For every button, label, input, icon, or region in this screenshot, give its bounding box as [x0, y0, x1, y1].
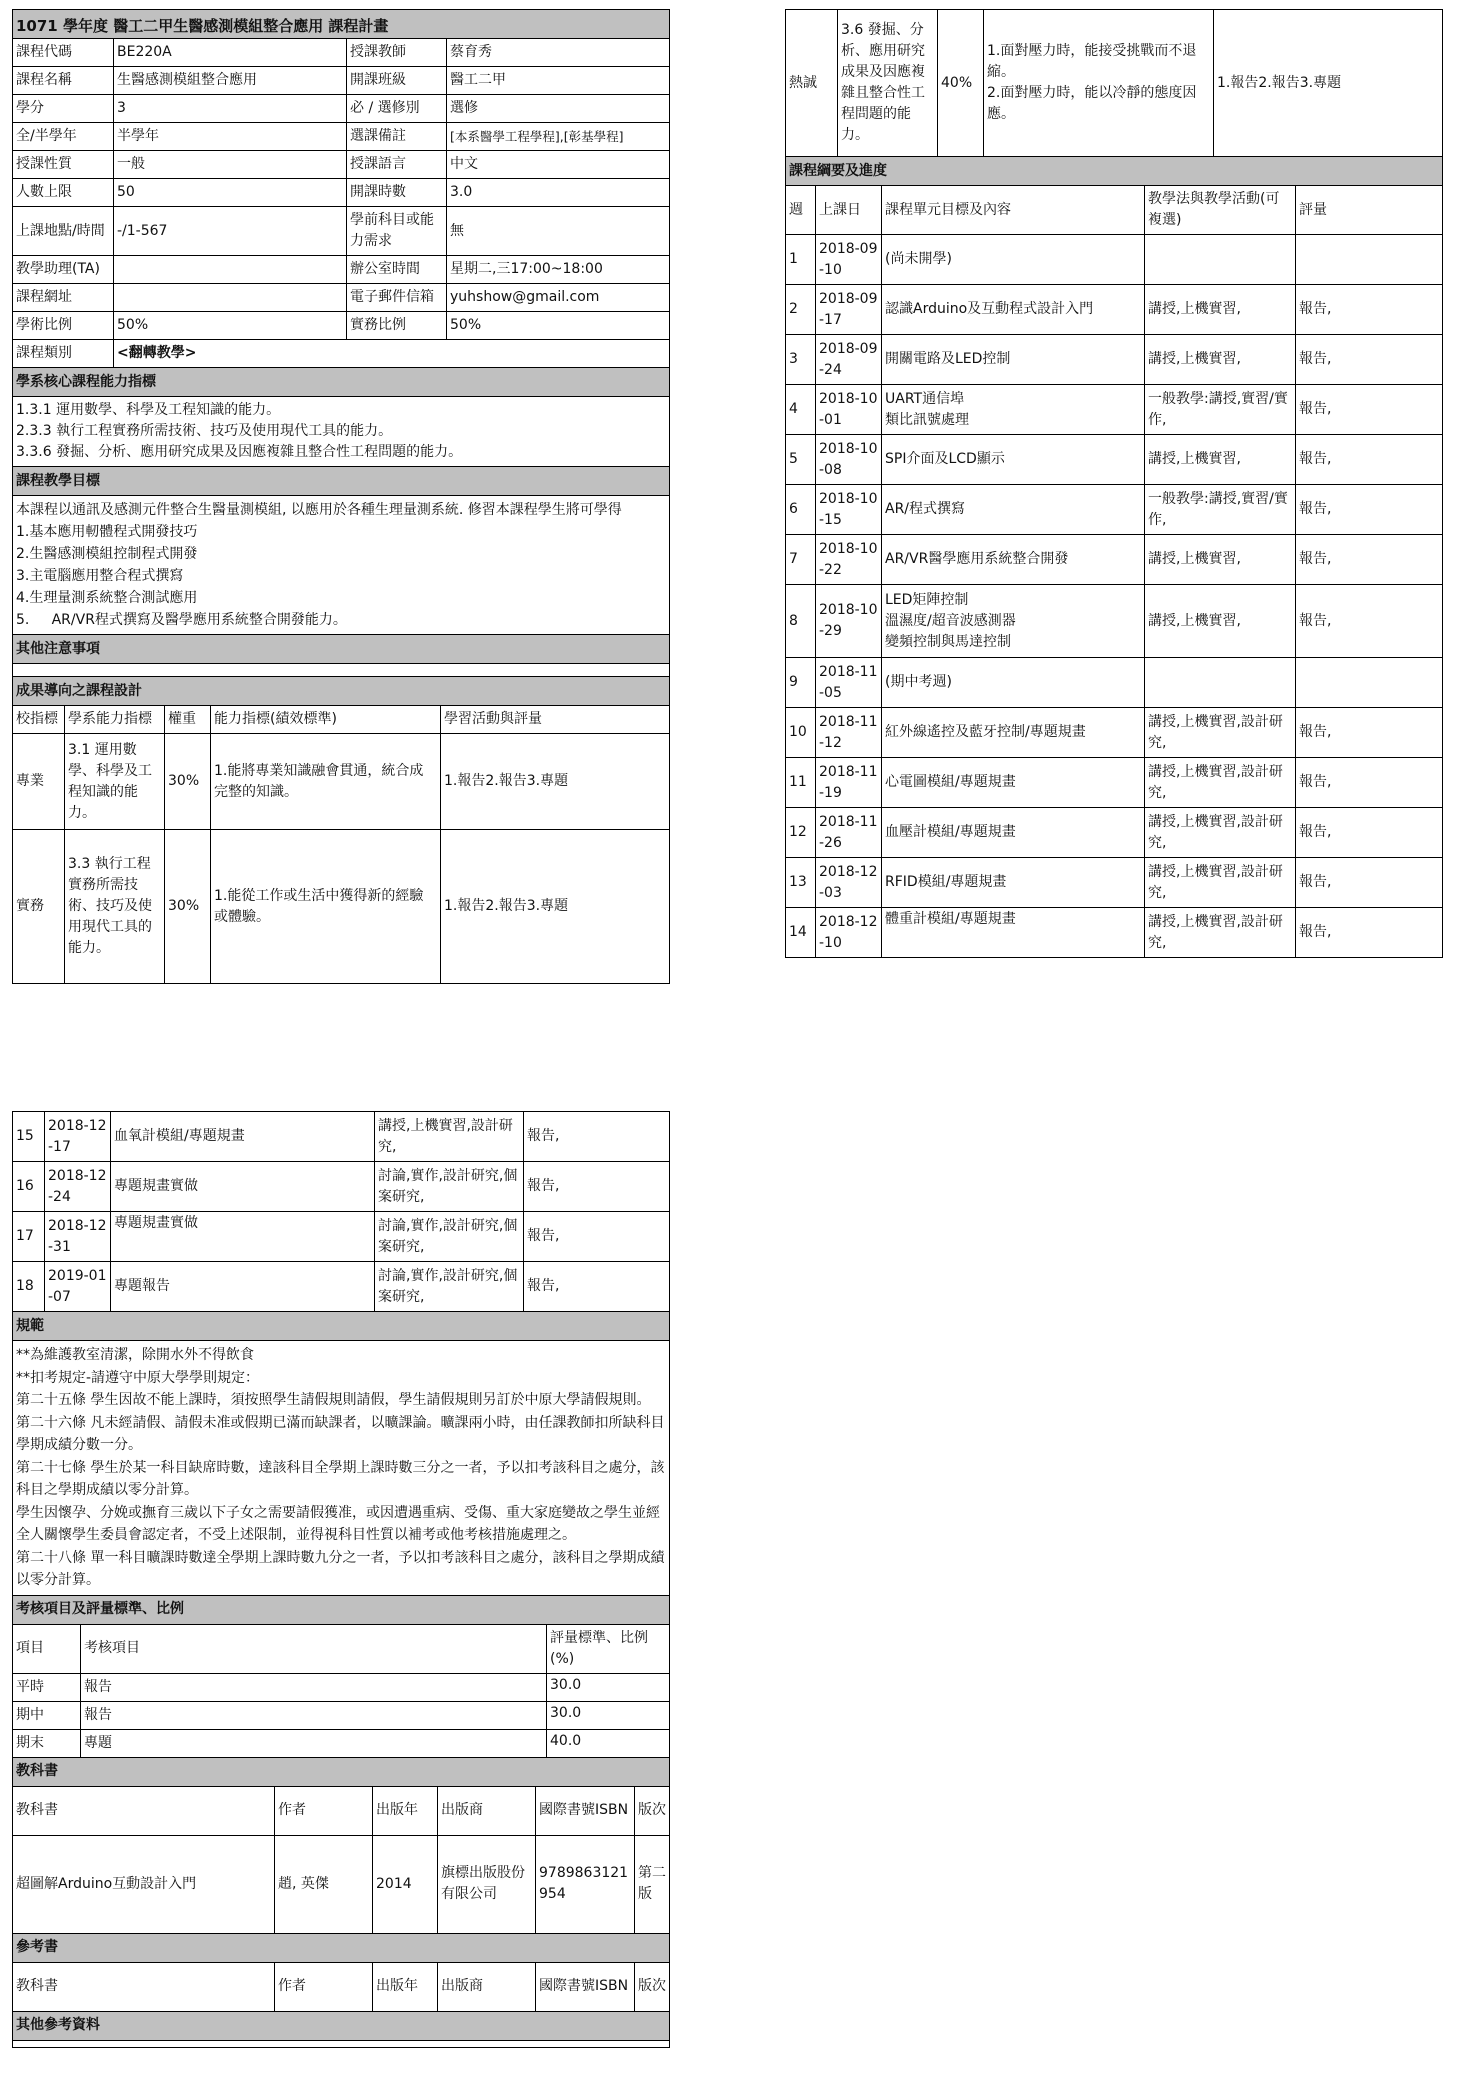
unit-content: 紅外線遙控及藍牙控制/專題規畫	[882, 708, 1145, 758]
column-header: 校指標	[13, 706, 65, 734]
dept-indicator: 3.6 發掘、分析、應用研究成果及因應複雜且整合性工程問題的能力。	[838, 10, 938, 157]
assessment-table: 項目 考核項目 評量標準、比例(%) 平時 報告 30.0 期中 報告 30.0…	[12, 1624, 670, 1758]
assessment-item: 平時	[13, 1673, 81, 1701]
unit-content: AR/VR醫學應用系統整合開發	[882, 535, 1145, 585]
field-label: 授課性質	[13, 151, 114, 179]
column-header: 版次	[635, 1962, 670, 2011]
unit-content: 開關電路及LED控制	[882, 335, 1145, 385]
learning-activity: 1.報告2.報告3.專題	[441, 734, 670, 830]
field-value: 3.0	[447, 179, 670, 207]
section-heading: 其他參考資料	[13, 2011, 670, 2040]
section-heading: 教科書	[13, 1757, 670, 1786]
teaching-method: 講授,上機實習,設計研究,	[1145, 908, 1296, 958]
field-label: 授課語言	[347, 151, 447, 179]
page-3: 15 2018-12-17 血氧計模組/專題規畫 講授,上機實習,設計研究, 報…	[12, 1111, 670, 2048]
field-value: 50%	[114, 312, 347, 340]
field-label: 課程名稱	[13, 67, 114, 95]
table-row: 13 2018-12-03 RFID模組/專題規畫 講授,上機實習,設計研究, …	[786, 858, 1443, 908]
book-title: 超圖解Arduino互動設計入門	[13, 1835, 275, 1933]
section-heading: 課程教學目標	[13, 467, 670, 496]
table-row: 15 2018-12-17 血氧計模組/專題規畫 講授,上機實習,設計研究, 報…	[13, 1112, 670, 1162]
assessment-desc: 專題	[81, 1729, 547, 1757]
field-label: 課程網址	[13, 284, 114, 312]
field-label: 學分	[13, 95, 114, 123]
column-header: 國際書號ISBN	[536, 1962, 635, 2011]
evaluation: 報告,	[1296, 585, 1443, 658]
evaluation: 報告,	[1296, 385, 1443, 435]
unit-content: 認識Arduino及互動程式設計入門	[882, 285, 1145, 335]
field-value	[114, 284, 347, 312]
teaching-method: 講授,上機實習,	[1145, 335, 1296, 385]
week-number: 9	[786, 658, 816, 708]
teaching-method: 講授,上機實習,	[1145, 435, 1296, 485]
objective-item: 1.基本應用軔體程式開發技巧	[16, 521, 666, 543]
unit-content: UART通信埠 類比訊號處理	[882, 385, 1145, 435]
unit-content: (期中考週)	[882, 658, 1145, 708]
unit-content: 專題報告	[111, 1262, 375, 1312]
field-value: 中文	[447, 151, 670, 179]
column-header: 學系能力指標	[65, 706, 165, 734]
evaluation: 報告,	[1296, 808, 1443, 858]
teaching-method: 講授,上機實習,設計研究,	[1145, 708, 1296, 758]
evaluation: 報告,	[1296, 435, 1443, 485]
evaluation: 報告,	[1296, 858, 1443, 908]
teaching-method: 一般教學:講授,實習/實作,	[1145, 385, 1296, 435]
unit-content: 專題規畫實做	[111, 1162, 375, 1212]
table-row: 8 2018-10-29 LED矩陣控制 溫濕度/超音波感測器 變頻控制與馬達控…	[786, 585, 1443, 658]
field-label: 開課班級	[347, 67, 447, 95]
field-label: 人數上限	[13, 179, 114, 207]
textbook-table: 教科書 教科書 作者 出版年 出版商 國際書號ISBN 版次 超圖解Arduin…	[12, 1757, 670, 2048]
field-label: 開課時數	[347, 179, 447, 207]
class-date: 2018-09-10	[816, 235, 882, 285]
school-indicator: 熱誠	[786, 10, 838, 157]
page-2: 熱誠 3.6 發掘、分析、應用研究成果及因應複雜且整合性工程問題的能力。 40%…	[785, 9, 1443, 958]
week-number: 4	[786, 385, 816, 435]
table-row: 1 2018-09-10 (尚未開學)	[786, 235, 1443, 285]
teaching-method: 講授,上機實習,設計研究,	[1145, 808, 1296, 858]
column-header: 教科書	[13, 1786, 275, 1835]
week-number: 3	[786, 335, 816, 385]
evaluation: 報告,	[1296, 708, 1443, 758]
other-reference-body	[13, 2040, 670, 2047]
evaluation: 報告,	[1296, 335, 1443, 385]
table-row: 6 2018-10-15 AR/程式撰寫 一般教學:講授,實習/實作, 報告,	[786, 485, 1443, 535]
evaluation: 報告,	[1296, 758, 1443, 808]
evaluation	[1296, 235, 1443, 285]
evaluation: 報告,	[1296, 535, 1443, 585]
class-date: 2019-01-07	[45, 1262, 111, 1312]
objective-item: 2.生醫感測模組控制程式開發	[16, 543, 666, 565]
teaching-method: 討論,實作,設計研究,個案研究,	[375, 1262, 524, 1312]
column-header: 學習活動與評量	[441, 706, 670, 734]
field-label: 教學助理(TA)	[13, 256, 114, 284]
field-label: 實務比例	[347, 312, 447, 340]
field-label: 辦公室時間	[347, 256, 447, 284]
week-number: 15	[13, 1112, 45, 1162]
table-row: 期末 專題 40.0	[13, 1729, 670, 1757]
school-indicator: 專業	[13, 734, 65, 830]
field-value: 醫工二甲	[447, 67, 670, 95]
section-heading: 規範	[13, 1312, 670, 1341]
field-value: 星期二,三17:00~18:00	[447, 256, 670, 284]
week-number: 12	[786, 808, 816, 858]
learning-activity: 1.報告2.報告3.專題	[441, 830, 670, 984]
performance-standard: 1.能從工作或生活中獲得新的經驗或體驗。	[211, 830, 441, 984]
column-header: 課程單元目標及內容	[882, 186, 1145, 235]
learning-activity: 1.報告2.報告3.專題	[1214, 10, 1443, 157]
class-date: 2018-10-15	[816, 485, 882, 535]
week-number: 2	[786, 285, 816, 335]
column-header: 國際書號ISBN	[536, 1786, 635, 1835]
field-value: -/1-567	[114, 207, 347, 256]
rules-text: **為維護教室清潔，除開水外不得飲食 **扣考規定-請遵守中原大學學則規定： 第…	[13, 1341, 670, 1596]
unit-content: 體重計模組/專題規畫	[882, 908, 1145, 958]
column-header: 能力指標(績效標準)	[211, 706, 441, 734]
class-date: 2018-10-08	[816, 435, 882, 485]
column-header: 出版年	[373, 1962, 438, 2011]
book-year: 2014	[373, 1835, 438, 1933]
column-header: 作者	[275, 1962, 373, 2011]
field-label: 必 / 選修別	[347, 95, 447, 123]
book-isbn: 9789863121954	[536, 1835, 635, 1933]
table-row: 期中 報告 30.0	[13, 1701, 670, 1729]
column-header: 出版年	[373, 1786, 438, 1835]
column-header: 評量標準、比例(%)	[547, 1624, 670, 1673]
competency-item: 3.3.6 發掘、分析、應用研究成果及因應複雜且整合性工程問題的能力。	[16, 442, 666, 463]
table-row: 2 2018-09-17 認識Arduino及互動程式設計入門 講授,上機實習,…	[786, 285, 1443, 335]
field-value: [本系醫學工程學程],[彰基學程]	[447, 123, 670, 151]
dept-indicator: 3.3 執行工程實務所需技術、技巧及使用現代工具的能力。	[65, 830, 165, 984]
objective-item: 5. AR/VR程式撰寫及醫學應用系統整合開發能力。	[16, 609, 666, 631]
week-number: 11	[786, 758, 816, 808]
week-number: 17	[13, 1212, 45, 1262]
column-header: 作者	[275, 1786, 373, 1835]
objective-item: 4.生理量測系統整合測試應用	[16, 587, 666, 609]
unit-content: (尚未開學)	[882, 235, 1145, 285]
unit-content: AR/程式撰寫	[882, 485, 1145, 535]
unit-content: 血壓計模組/專題規畫	[882, 808, 1145, 858]
unit-content: SPI介面及LCD顯示	[882, 435, 1145, 485]
week-number: 5	[786, 435, 816, 485]
column-header: 考核項目	[81, 1624, 547, 1673]
column-header: 出版商	[438, 1786, 536, 1835]
outcome-design-table-continued: 熱誠 3.6 發掘、分析、應用研究成果及因應複雜且整合性工程問題的能力。 40%…	[785, 9, 1443, 186]
column-header: 權重	[165, 706, 211, 734]
table-row: 16 2018-12-24 專題規畫實做 討論,實作,設計研究,個案研究, 報告…	[13, 1162, 670, 1212]
table-row: 11 2018-11-19 心電圖模組/專題規畫 講授,上機實習,設計研究, 報…	[786, 758, 1443, 808]
class-date: 2018-12-24	[45, 1162, 111, 1212]
rules-section: 規範 **為維護教室清潔，除開水外不得飲食 **扣考規定-請遵守中原大學學則規定…	[12, 1311, 670, 1625]
field-label: 課程類別	[13, 340, 114, 368]
class-date: 2018-10-29	[816, 585, 882, 658]
column-header: 教科書	[13, 1962, 275, 2011]
unit-content: 專題規畫實做	[111, 1212, 375, 1262]
table-row: 3 2018-09-24 開關電路及LED控制 講授,上機實習, 報告,	[786, 335, 1443, 385]
book-publisher: 旗標出版股份有限公司	[438, 1835, 536, 1933]
class-date: 2018-12-31	[45, 1212, 111, 1262]
assessment-pct: 30.0	[547, 1701, 670, 1729]
evaluation: 報告,	[524, 1112, 670, 1162]
column-header: 項目	[13, 1624, 81, 1673]
field-label: 課程代碼	[13, 39, 114, 67]
class-date: 2018-11-19	[816, 758, 882, 808]
outcome-design-table: 校指標 學系能力指標 權重 能力指標(績效標準) 學習活動與評量 專業 3.1 …	[12, 705, 670, 984]
weight: 30%	[165, 830, 211, 984]
teaching-method: 講授,上機實習,	[1145, 285, 1296, 335]
field-label: 上課地點/時間	[13, 207, 114, 256]
class-date: 2018-10-22	[816, 535, 882, 585]
assessment-desc: 報告	[81, 1673, 547, 1701]
other-notes-body	[13, 664, 670, 677]
field-value: 半學年	[114, 123, 347, 151]
section-heading: 考核項目及評量標準、比例	[13, 1595, 670, 1624]
section-heading: 學系核心課程能力指標	[13, 368, 670, 397]
table-row: 12 2018-11-26 血壓計模組/專題規畫 講授,上機實習,設計研究, 報…	[786, 808, 1443, 858]
week-number: 13	[786, 858, 816, 908]
book-edition: 第二版	[635, 1835, 670, 1933]
class-date: 2018-11-05	[816, 658, 882, 708]
evaluation: 報告,	[524, 1212, 670, 1262]
school-indicator: 實務	[13, 830, 65, 984]
teaching-method	[1145, 235, 1296, 285]
unit-content: LED矩陣控制 溫濕度/超音波感測器 變頻控制與馬達控制	[882, 585, 1145, 658]
field-value: BE220A	[114, 39, 347, 67]
class-date: 2018-12-10	[816, 908, 882, 958]
course-category: <翻轉教學>	[114, 340, 670, 368]
table-row: 4 2018-10-01 UART通信埠 類比訊號處理 一般教學:講授,實習/實…	[786, 385, 1443, 435]
syllabus-table-continued: 15 2018-12-17 血氧計模組/專題規畫 講授,上機實習,設計研究, 報…	[12, 1111, 670, 1312]
table-row: 5 2018-10-08 SPI介面及LCD顯示 講授,上機實習, 報告,	[786, 435, 1443, 485]
evaluation: 報告,	[1296, 908, 1443, 958]
field-label: 全/半學年	[13, 123, 114, 151]
class-date: 2018-09-17	[816, 285, 882, 335]
week-number: 8	[786, 585, 816, 658]
week-number: 16	[13, 1162, 45, 1212]
assessment-desc: 報告	[81, 1701, 547, 1729]
objectives-intro: 本課程以通訊及感測元件整合生醫量測模組, 以應用於各種生理量測系統. 修習本課程…	[16, 499, 666, 521]
assessment-item: 期末	[13, 1729, 81, 1757]
section-heading: 其他注意事項	[13, 635, 670, 664]
table-row: 17 2018-12-31 專題規畫實做 討論,實作,設計研究,個案研究, 報告…	[13, 1212, 670, 1262]
teaching-method: 講授,上機實習,	[1145, 535, 1296, 585]
table-row: 超圖解Arduino互動設計入門 趙, 英傑 2014 旗標出版股份有限公司 9…	[13, 1835, 670, 1933]
evaluation: 報告,	[524, 1162, 670, 1212]
field-value: 蔡育秀	[447, 39, 670, 67]
class-date: 2018-11-12	[816, 708, 882, 758]
unit-content: 血氧計模組/專題規畫	[111, 1112, 375, 1162]
table-row: 平時 報告 30.0	[13, 1673, 670, 1701]
table-row: 14 2018-12-10 體重計模組/專題規畫 講授,上機實習,設計研究, 報…	[786, 908, 1443, 958]
week-number: 18	[13, 1262, 45, 1312]
email-link[interactable]: yuhshow@gmail.com	[447, 284, 670, 312]
book-author: 趙, 英傑	[275, 1835, 373, 1933]
weight: 30%	[165, 734, 211, 830]
week-number: 6	[786, 485, 816, 535]
weight: 40%	[938, 10, 984, 157]
competency-item: 1.3.1 運用數學、科學及工程知識的能力。	[16, 400, 666, 421]
table-row: 7 2018-10-22 AR/VR醫學應用系統整合開發 講授,上機實習, 報告…	[786, 535, 1443, 585]
evaluation	[1296, 658, 1443, 708]
week-number: 14	[786, 908, 816, 958]
class-date: 2018-12-03	[816, 858, 882, 908]
teaching-method: 討論,實作,設計研究,個案研究,	[375, 1162, 524, 1212]
field-label: 選課備註	[347, 123, 447, 151]
unit-content: 心電圖模組/專題規畫	[882, 758, 1145, 808]
week-number: 7	[786, 535, 816, 585]
evaluation: 報告,	[1296, 485, 1443, 535]
table-row: 18 2019-01-07 專題報告 討論,實作,設計研究,個案研究, 報告,	[13, 1262, 670, 1312]
assessment-pct: 30.0	[547, 1673, 670, 1701]
field-value: 3	[114, 95, 347, 123]
class-date: 2018-09-24	[816, 335, 882, 385]
teaching-method	[1145, 658, 1296, 708]
class-date: 2018-12-17	[45, 1112, 111, 1162]
column-header: 教學法與教學活動(可複選)	[1145, 186, 1296, 235]
column-header: 上課日	[816, 186, 882, 235]
performance-standard: 1.面對壓力時，能接受挑戰而不退縮。 2.面對壓力時，能以冷靜的態度因應。	[984, 10, 1214, 157]
column-header: 版次	[635, 1786, 670, 1835]
teaching-method: 講授,上機實習,	[1145, 585, 1296, 658]
class-date: 2018-11-26	[816, 808, 882, 858]
syllabus-table: 週 上課日 課程單元目標及內容 教學法與教學活動(可複選) 評量 1 2018-…	[785, 185, 1443, 958]
column-header: 評量	[1296, 186, 1443, 235]
objective-item: 3.主電腦應用整合程式撰寫	[16, 565, 666, 587]
field-label: 電子郵件信箱	[347, 284, 447, 312]
section-heading: 成果導向之課程設計	[13, 677, 670, 706]
field-value: 生醫感測模組整合應用	[114, 67, 347, 95]
page-title: 1071 學年度 醫工二甲生醫感測模組整合應用 課程計畫	[13, 10, 670, 39]
teaching-method: 討論,實作,設計研究,個案研究,	[375, 1212, 524, 1262]
field-value: 無	[447, 207, 670, 256]
field-label: 學前科目或能力需求	[347, 207, 447, 256]
column-header: 出版商	[438, 1962, 536, 2011]
teaching-method: 講授,上機實習,設計研究,	[1145, 758, 1296, 808]
teaching-method: 一般教學:講授,實習/實作,	[1145, 485, 1296, 535]
field-value	[114, 256, 347, 284]
field-value: 50	[114, 179, 347, 207]
column-header: 週	[786, 186, 816, 235]
table-row: 9 2018-11-05 (期中考週)	[786, 658, 1443, 708]
field-value: 50%	[447, 312, 670, 340]
table-row: 10 2018-11-12 紅外線遙控及藍牙控制/專題規畫 講授,上機實習,設計…	[786, 708, 1443, 758]
field-label: 授課教師	[347, 39, 447, 67]
page-1: 1071 學年度 醫工二甲生醫感測模組整合應用 課程計畫 課程代碼 BE220A…	[12, 9, 670, 984]
evaluation: 報告,	[524, 1262, 670, 1312]
unit-content: RFID模組/專題規畫	[882, 858, 1145, 908]
competency-item: 2.3.3 執行工程實務所需技術、技巧及使用現代工具的能力。	[16, 421, 666, 442]
teaching-method: 講授,上機實習,設計研究,	[1145, 858, 1296, 908]
field-label: 學術比例	[13, 312, 114, 340]
field-value: 選修	[447, 95, 670, 123]
core-competency-section: 學系核心課程能力指標 1.3.1 運用數學、科學及工程知識的能力。 2.3.3 …	[12, 367, 670, 706]
dept-indicator: 3.1 運用數學、科學及工程知識的能力。	[65, 734, 165, 830]
teaching-method: 講授,上機實習,設計研究,	[375, 1112, 524, 1162]
course-info-table: 1071 學年度 醫工二甲生醫感測模組整合應用 課程計畫 課程代碼 BE220A…	[12, 9, 670, 368]
assessment-item: 期中	[13, 1701, 81, 1729]
week-number: 1	[786, 235, 816, 285]
section-heading: 課程綱要及進度	[786, 157, 1443, 186]
field-value: 一般	[114, 151, 347, 179]
section-heading: 參考書	[13, 1933, 670, 1962]
week-number: 10	[786, 708, 816, 758]
assessment-pct: 40.0	[547, 1729, 670, 1757]
evaluation: 報告,	[1296, 285, 1443, 335]
class-date: 2018-10-01	[816, 385, 882, 435]
performance-standard: 1.能將專業知識融會貫通，統合成完整的知識。	[211, 734, 441, 830]
